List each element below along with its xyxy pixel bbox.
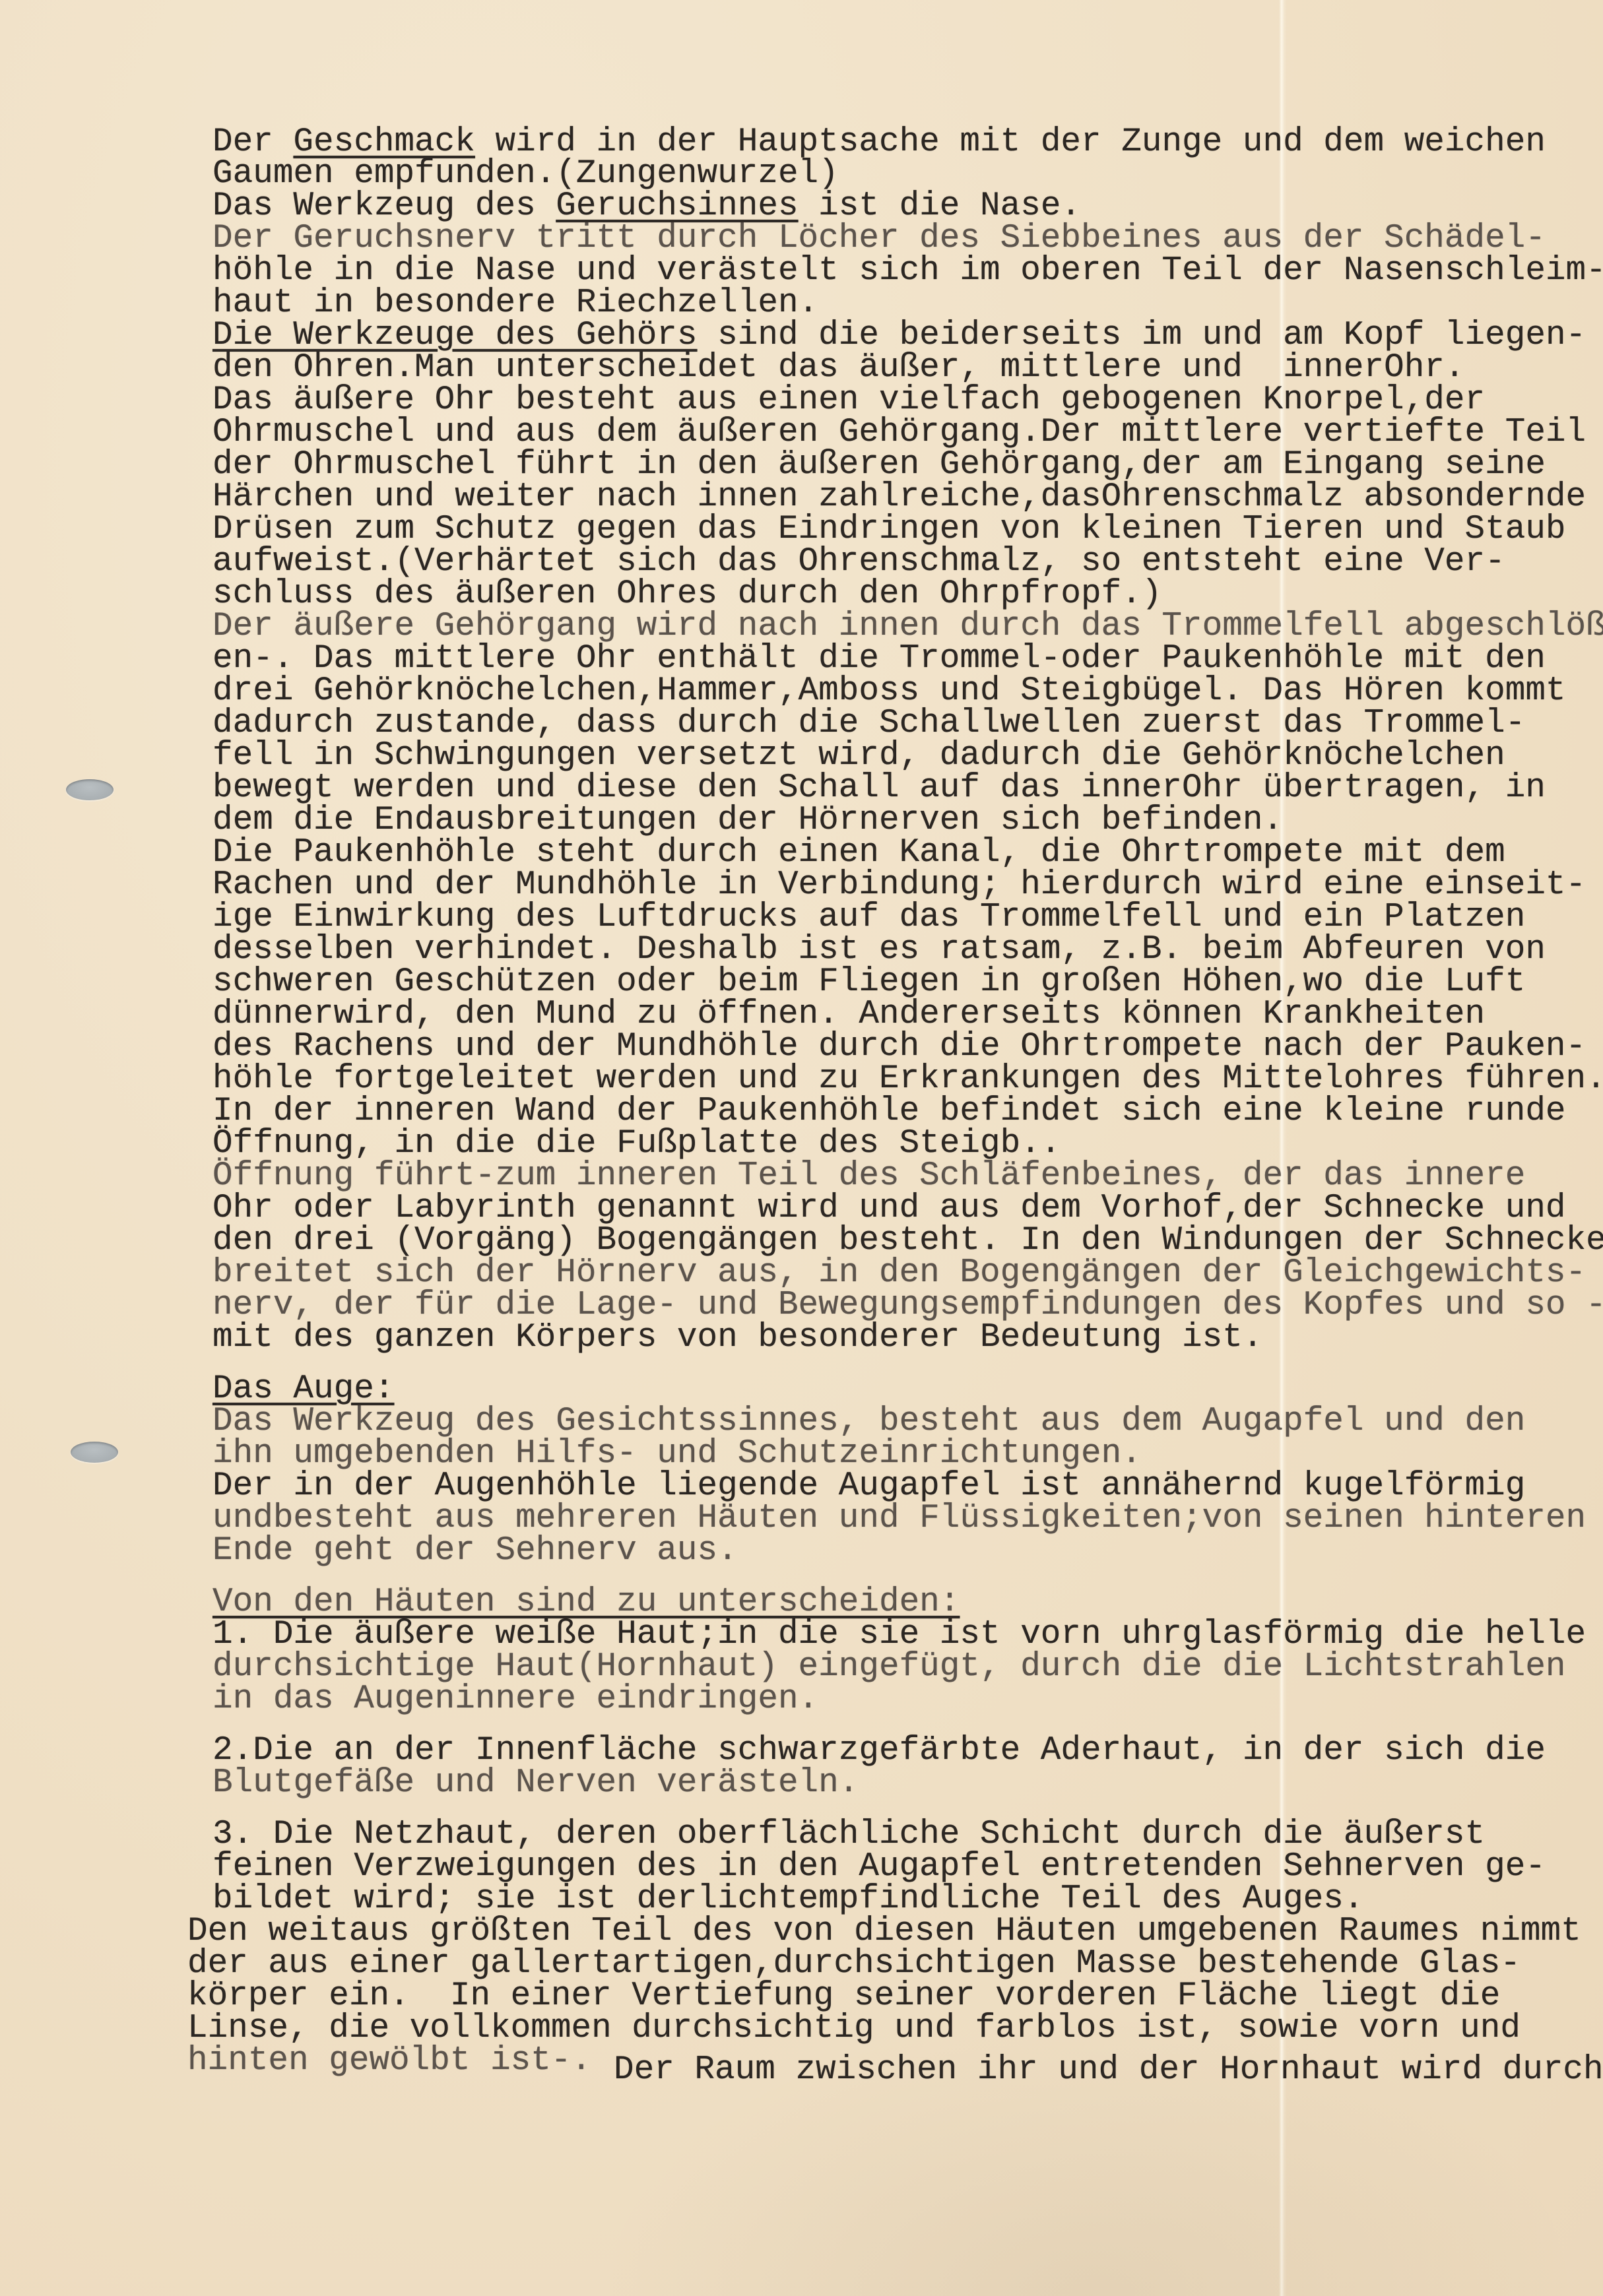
text-line: fell in Schwingungen versetzt wird, dadu… bbox=[213, 739, 1505, 773]
text-line: Linse, die vollkommen durchsichtig und f… bbox=[187, 2012, 1521, 2045]
text-line: Der Geruchsnerv tritt durch Löcher des S… bbox=[213, 222, 1546, 255]
text-line: Der in der Augenhöhle liegende Augapfel … bbox=[213, 1469, 1525, 1503]
text-line: nerv, der für die Lage- und Bewegungsemp… bbox=[213, 1289, 1603, 1322]
text-line: höhle in die Nase und verästelt sich im … bbox=[213, 254, 1603, 288]
punch-hole-icon bbox=[66, 779, 114, 800]
text-line: Rachen und der Mundhöhle in Verbindung; … bbox=[213, 868, 1586, 902]
text-line: der aus einer gallertartigen,durchsichti… bbox=[187, 1947, 1521, 1981]
list-item-line: durchsichtige Haut(Hornhaut) eingefügt, … bbox=[213, 1650, 1566, 1684]
list-item-line: in das Augeninnere eindringen. bbox=[213, 1682, 818, 1716]
section-heading: Das Auge: bbox=[213, 1372, 394, 1406]
list-item-line: feinen Verzweigungen des in den Augapfel… bbox=[213, 1850, 1546, 1884]
text-line: dadurch zustande, dass durch die Schallw… bbox=[213, 707, 1525, 740]
list-item-line: bildet wird; sie ist derlichtempfindlich… bbox=[213, 1882, 1363, 1916]
text-line: undbesteht aus mehreren Häuten und Flüss… bbox=[213, 1502, 1586, 1535]
text-line: drei Gehörknöchelchen,Hammer,Amboss und … bbox=[213, 674, 1566, 708]
text-line: Ende geht der Sehnerv aus. bbox=[213, 1534, 738, 1568]
text-line: dünnerwird, den Mund zu öffnen. Anderers… bbox=[213, 998, 1485, 1031]
text-line: Den weitaus größten Teil des von diesen … bbox=[187, 1915, 1581, 1948]
text-line: Der Geschmack wird in der Hauptsache mit… bbox=[213, 125, 1546, 159]
text-line: ige Einwirkung des Luftdrucks auf das Tr… bbox=[213, 901, 1525, 934]
text-line: Drüsen zum Schutz gegen das Eindringen v… bbox=[213, 513, 1566, 546]
text-line: den drei (Vorgäng) Bogengängen besteht. … bbox=[213, 1224, 1603, 1258]
text-line: den Ohren.Man unterscheidet das äußer, m… bbox=[213, 351, 1465, 385]
text-line: Ohr oder Labyrinth genannt wird und aus … bbox=[213, 1192, 1566, 1225]
section-heading: Von den Häuten sind zu unterscheiden: bbox=[213, 1585, 960, 1619]
text-line: Ohrmuschel und aus dem äußeren Gehörgang… bbox=[213, 416, 1586, 449]
list-item-line: 3. Die Netzhaut, deren oberflächliche Sc… bbox=[213, 1818, 1485, 1851]
text-line: Das Werkzeug des Gesichtssinnes, besteht… bbox=[213, 1405, 1525, 1438]
text-line: dem die Endausbreitungen der Hörnerven s… bbox=[213, 804, 1283, 837]
text-line: In der inneren Wand der Paukenhöhle befi… bbox=[213, 1095, 1566, 1128]
text-line: des Rachens und der Mundhöhle durch die … bbox=[213, 1030, 1586, 1064]
list-item-line: Blutgefäße und Nerven verästeln. bbox=[213, 1766, 859, 1800]
text-line: der Ohrmuschel führt in den äußeren Gehö… bbox=[213, 448, 1546, 482]
text-line: desselben verhindet. Deshalb ist es rats… bbox=[213, 933, 1546, 967]
text-line: mit des ganzen Körpers von besonderer Be… bbox=[213, 1321, 1262, 1355]
text-line: Gaumen empfunden.(Zungenwurzel) bbox=[213, 157, 839, 191]
text-line: schweren Geschützen oder beim Fliegen in… bbox=[213, 965, 1525, 999]
text-line: en-. Das mittlere Ohr enthält die Tromme… bbox=[213, 642, 1546, 676]
text-line: Das äußere Ohr besteht aus einen vielfac… bbox=[213, 383, 1485, 417]
text-line: Das Werkzeug des Geruchsinnes ist die Na… bbox=[213, 189, 1081, 223]
text-line: Öffnung, in die die Fußplatte des Steigb… bbox=[213, 1127, 1061, 1161]
text-line: körper ein. In einer Vertiefung seiner v… bbox=[187, 1979, 1500, 2013]
text-line: Die Werkzeuge des Gehörs sind die beider… bbox=[213, 319, 1586, 352]
list-item-line: 1. Die äußere weiße Haut;in die sie ist … bbox=[213, 1618, 1586, 1651]
text-line: Der Raum zwischen ihr und der Hornhaut w… bbox=[614, 2053, 1603, 2087]
text-line: Öffnung führt-zum inneren Teil des Schlä… bbox=[213, 1159, 1525, 1193]
text-line: Der äußere Gehörgang wird nach innen dur… bbox=[213, 610, 1603, 643]
text-line: schluss des äußeren Ohres durch den Ohrp… bbox=[213, 577, 1161, 611]
text-line: höhle fortgeleitet werden und zu Erkrank… bbox=[213, 1062, 1603, 1096]
punch-hole-icon bbox=[71, 1442, 118, 1463]
text-line: Härchen und weiter nach innen zahlreiche… bbox=[213, 480, 1586, 514]
text-line: haut in besondere Riechzellen. bbox=[213, 286, 818, 320]
text-line: bewegt werden und diese den Schall auf d… bbox=[213, 771, 1546, 805]
text-line: aufweist.(Verhärtet sich das Ohrenschmal… bbox=[213, 545, 1505, 579]
list-item-line: 2.Die an der Innenfläche schwarzgefärbte… bbox=[213, 1734, 1546, 1768]
text-line: ihn umgebenden Hilfs- und Schutzeinricht… bbox=[213, 1437, 1142, 1471]
text-line: hinten gewölbt ist-. bbox=[187, 2044, 591, 2078]
text-line: Die Paukenhöhle steht durch einen Kanal,… bbox=[213, 836, 1505, 870]
text-line: breitet sich der Hörnerv aus, in den Bog… bbox=[213, 1256, 1586, 1290]
